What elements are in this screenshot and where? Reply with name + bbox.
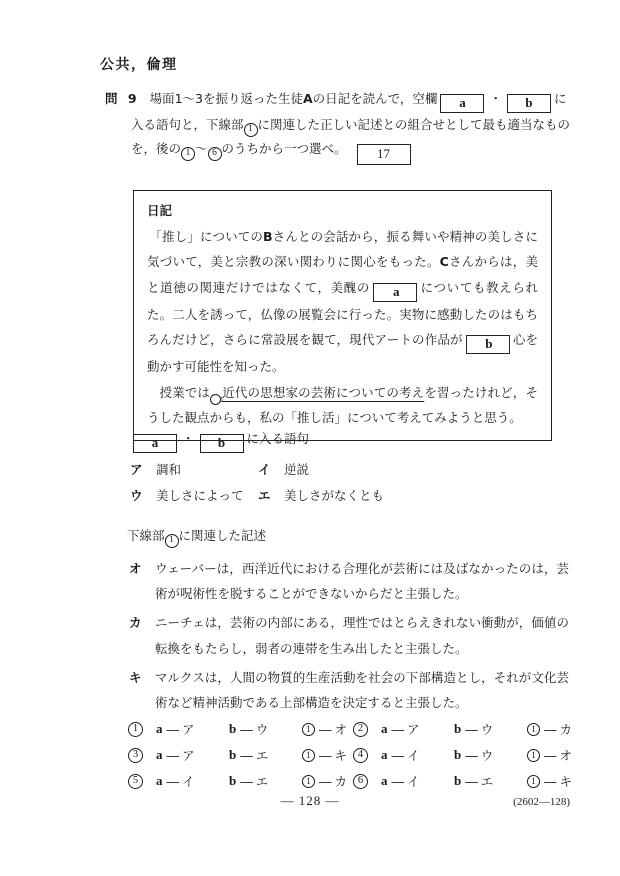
choice-number: 4 [353,748,368,763]
question-text: の日記を読んで，空欄 [313,91,438,106]
statement-text: マルクスは，人間の物質的生産活動を社会の下部構造とし，それが文化芸術など精神活動… [155,670,569,711]
pair-a-value: ア [407,720,420,738]
pair-b-value: ウ [256,720,269,738]
choice-number: 3 [128,748,143,763]
option-text-i: 逆説 [284,460,386,480]
question-text: を，後の [131,141,181,156]
statement-key-ka: カ [129,610,142,636]
circled-1-ref: 1 [165,534,179,548]
choice-number: 1 [128,722,143,737]
statement-key-o: オ [129,556,142,582]
pair-b-value: エ [481,772,494,790]
pair-a-value: ア [182,746,195,764]
pair-underline-value: カ [560,720,573,738]
blank-box-a-letter: a [393,284,400,299]
underlined-text: 近代の思想家の芸術についての考え [222,385,424,400]
diary-text: 授業では [160,385,211,400]
option-text-a: 調和 [156,460,258,480]
pair-underline-value: キ [335,746,348,764]
question-text: 場面1～3を振り返った生徒 [150,91,303,106]
circled-1-ref: 1 [302,749,315,762]
pair-underline: 1―オ [302,720,347,738]
pair-b-value: エ [256,746,269,764]
statements-section: 下線部1に関連した記述 オウェーバーは，西洋近代における合理化が芸術には及ばなか… [127,526,569,719]
student-a-name: A [303,91,313,106]
statements-header-text: に関連した記述 [179,528,267,543]
option-text-e: 美しさがなくとも [284,486,386,506]
word-options-section: a・bに入る語句 ア調和イ逆説 ウ美しさによってエ美しさがなくとも [130,428,560,506]
pair-a-value: ア [182,720,195,738]
statement-text: ウェーバーは，西洋近代における合理化が芸術には及ばなかったのは，芸術が呪術性を脱… [155,561,569,602]
statements-header: 下線部1に関連した記述 [127,526,569,548]
choice-row-3: 5 a―イ b―エ 1―カ 6 a―イ b―エ 1―キ [128,768,578,794]
dash: ― [167,774,179,789]
blank-box-b: b [200,434,244,453]
pair-b: b―エ [454,772,527,790]
dash: ― [319,748,331,763]
answer-number: 17 [377,146,390,161]
pair-b: b―ウ [454,720,527,738]
pair-underline-value: キ [560,772,573,790]
pair-a-label: a [381,721,388,737]
question-text: 入る語句と，下線部 [131,117,244,132]
pair-a-label: a [381,773,388,789]
pair-underline: 1―キ [302,746,347,764]
pair-b-label: b [229,773,236,789]
blank-box-a-letter: a [459,95,466,110]
statement-o: オウェーバーは，西洋近代における合理化が芸術には及ばなかったのは，芸術が呪術性を… [127,556,569,607]
blank-box-a: a [440,94,484,113]
pair-b: b―ウ [229,720,302,738]
dash: ― [319,774,331,789]
pair-b-value: ウ [481,746,494,764]
pair-a-value: イ [182,772,195,790]
blank-box-a-inline: a [373,283,417,302]
diary-box: 日記 「推し」についてのBさんとの会話から，振る舞いや精神の美しさに気づいて，美… [133,190,552,441]
blank-box-a: a [133,434,177,453]
pair-b: b―エ [229,772,302,790]
diary-title: 日記 [147,198,538,224]
choice-3: 3 a―ア b―エ 1―キ [128,746,353,764]
circled-6: 6 [208,147,222,161]
question-line-3: を，後の1～6のうちから一つ選べ。17 [105,137,585,165]
pair-underline: 1―キ [527,772,572,790]
dash: ― [465,748,477,763]
pair-a-label: a [381,747,388,763]
pair-a: a―ア [156,720,229,738]
dash: ― [544,774,556,789]
option-text-u: 美しさによって [156,486,258,506]
circled-1-ref: 1 [527,775,540,788]
question-line-2: 入る語句と，下線部1に関連した正しい記述との組合せとして最も適当なもの [105,113,585,137]
word-options-intro: a・bに入る語句 [130,428,560,454]
word-option-row-1: ア調和イ逆説 [130,460,560,480]
dash: ― [240,748,252,763]
statements-header-text: 下線部 [127,528,165,543]
circled-1-ref: 1 [302,723,315,736]
statement-text: ニーチェは，芸術の内部にある，理性ではとらえきれない衝動が，価値の転換をもたらし… [155,615,569,656]
dash: ― [167,722,179,737]
dash: ― [392,774,404,789]
answer-choices: 1 a―ア b―ウ 1―オ 2 a―ア b―ウ 1―カ 3 a―ア b―エ 1―… [128,716,578,794]
pair-b-label: b [229,721,236,737]
question-block: 問 9場面1～3を振り返った生徒Aの日記を読んで，空欄a・bに 入る語句と，下線… [105,87,585,165]
blank-box-a-letter: a [152,435,159,450]
middle-dot: ・ [489,91,502,106]
statement-ka: カニーチェは，芸術の内部にある，理性ではとらえきれない衝動が，価値の転換をもたら… [127,610,569,661]
pair-b-value: ウ [481,720,494,738]
pair-underline: 1―オ [527,746,572,764]
pair-a: a―イ [156,772,229,790]
blank-box-b-inline: b [466,335,510,354]
document-code: (2602—128) [513,796,570,808]
pair-underline-value: カ [335,772,348,790]
pair-a: a―ア [156,746,229,764]
statement-ki: キマルクスは，人間の物質的生産活動を社会の下部構造とし，それが文化芸術など精神活… [127,665,569,716]
pair-b-value: エ [256,772,269,790]
question-line-1: 問 9場面1～3を振り返った生徒Aの日記を読んで，空欄a・bに [105,87,585,113]
pair-b-label: b [454,747,461,763]
dash: ― [465,774,477,789]
blank-box-b: b [507,94,551,113]
question-text: に関連した正しい記述との組合せとして最も適当なもの [258,117,571,132]
pair-a: a―イ [381,746,454,764]
dash: ― [240,774,252,789]
question-number-label: 問 9 [105,91,140,106]
word-options-intro-label: に入る語句 [247,431,310,446]
circled-1-ref: 1 [527,723,540,736]
option-key-i: イ [258,460,284,480]
choice-5: 5 a―イ b―エ 1―カ [128,772,353,790]
word-option-row-2: ウ美しさによってエ美しさがなくとも [130,486,560,506]
circled-1: 1 [181,147,195,161]
pair-a-label: a [156,773,163,789]
pair-a-label: a [156,721,163,737]
tilde: ～ [195,141,208,156]
choice-1: 1 a―ア b―ウ 1―オ [128,720,353,738]
pair-underline-value: オ [560,746,573,764]
middle-dot: ・ [182,431,195,446]
choice-4: 4 a―イ b―ウ 1―オ [353,746,578,764]
underline-ref-mark: 1 [210,394,221,405]
choice-number: 5 [128,774,143,789]
dash: ― [544,722,556,737]
diary-text: 「推し」についての [150,229,264,244]
pair-b-label: b [229,747,236,763]
dash: ― [319,722,331,737]
circled-1-ref: 1 [527,749,540,762]
dash: ― [465,722,477,737]
pair-underline: 1―カ [302,772,347,790]
choice-6: 6 a―イ b―エ 1―キ [353,772,578,790]
exam-page: 公共，倫理 問 9場面1～3を振り返った生徒Aの日記を読んで，空欄a・bに 入る… [0,0,620,876]
diary-paragraph-1: 「推し」についてのBさんとの会話から，振る舞いや精神の美しさに気づいて，美と宗教… [147,224,538,380]
dash: ― [240,722,252,737]
statement-key-ki: キ [129,665,142,691]
diary-paragraph-2: 授業では1近代の思想家の芸術についての考えを習ったけれど，そうした観点からも，私… [147,380,538,431]
question-text: に [554,91,567,106]
blank-box-b-letter: b [218,435,225,450]
student-c-name: C [440,254,449,269]
option-key-u: ウ [130,486,156,506]
blank-box-b-letter: b [485,336,492,351]
page-title: 公共，倫理 [100,54,178,74]
pair-a-value: イ [407,746,420,764]
dash: ― [392,722,404,737]
dash: ― [544,748,556,763]
pair-b: b―ウ [454,746,527,764]
pair-a: a―ア [381,720,454,738]
pair-b-label: b [454,721,461,737]
choice-row-2: 3 a―ア b―エ 1―キ 4 a―イ b―ウ 1―オ [128,742,578,768]
question-text: のうちから一つ選べ。 [222,141,347,156]
pair-a-label: a [156,747,163,763]
dash: ― [167,748,179,763]
student-b-name: B [263,229,273,244]
choice-row-1: 1 a―ア b―ウ 1―オ 2 a―ア b―ウ 1―カ [128,716,578,742]
answer-number-box: 17 [357,144,411,165]
pair-b: b―エ [229,746,302,764]
choice-number: 6 [353,774,368,789]
pair-a: a―イ [381,772,454,790]
dash: ― [392,748,404,763]
choice-2: 2 a―ア b―ウ 1―カ [353,720,578,738]
choice-number: 2 [353,722,368,737]
circled-1-ref: 1 [244,123,258,137]
pair-underline-value: オ [335,720,348,738]
blank-box-b-letter: b [525,95,532,110]
pair-underline: 1―カ [527,720,572,738]
pair-b-label: b [454,773,461,789]
circled-1-ref: 1 [302,775,315,788]
option-key-a: ア [130,460,156,480]
option-key-e: エ [258,486,284,506]
pair-a-value: イ [407,772,420,790]
